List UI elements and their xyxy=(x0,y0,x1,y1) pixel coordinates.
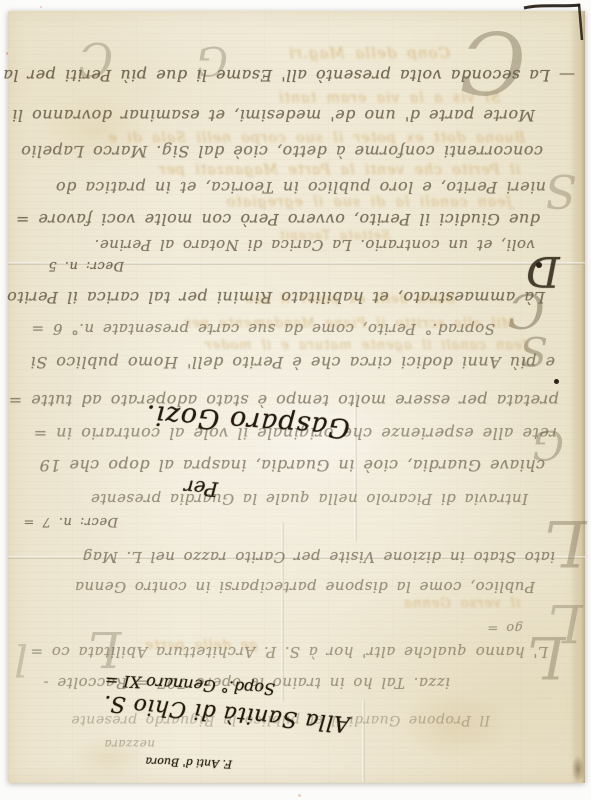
signature-name: Gasparo Gozi. xyxy=(160,406,350,437)
signature-prefix-text: Per xyxy=(171,474,219,501)
flourish-initial: l xyxy=(14,636,28,680)
address-line-note: F. Anti d' Buora xyxy=(138,756,232,769)
flourish-layer: CCGSDCSGLLLLl xyxy=(0,0,591,800)
address-line-date: Sopd.° Gennaro XI = xyxy=(133,676,275,695)
signature-name-text: Gasparo Gozi. xyxy=(159,399,351,443)
flourish-initial: C xyxy=(78,36,113,82)
ink-dot xyxy=(536,262,542,268)
flourish-initial: L xyxy=(527,628,566,686)
signature-prefix: Per xyxy=(172,476,218,500)
flourish-initial: G xyxy=(196,40,228,80)
flourish-initial: S xyxy=(545,168,577,214)
document-scan: Conp della Mag.riSi vis a la via eram ta… xyxy=(0,0,591,800)
ink-dot xyxy=(554,379,559,384)
flourish-initial: G xyxy=(532,424,564,464)
flourish-initial: C xyxy=(460,18,526,104)
flourish-initial: L xyxy=(88,624,121,674)
flourish-initial: S xyxy=(520,330,547,370)
flourish-initial: L xyxy=(544,510,587,574)
address-line-main: Alla Sanità di Chio S. xyxy=(136,702,350,727)
